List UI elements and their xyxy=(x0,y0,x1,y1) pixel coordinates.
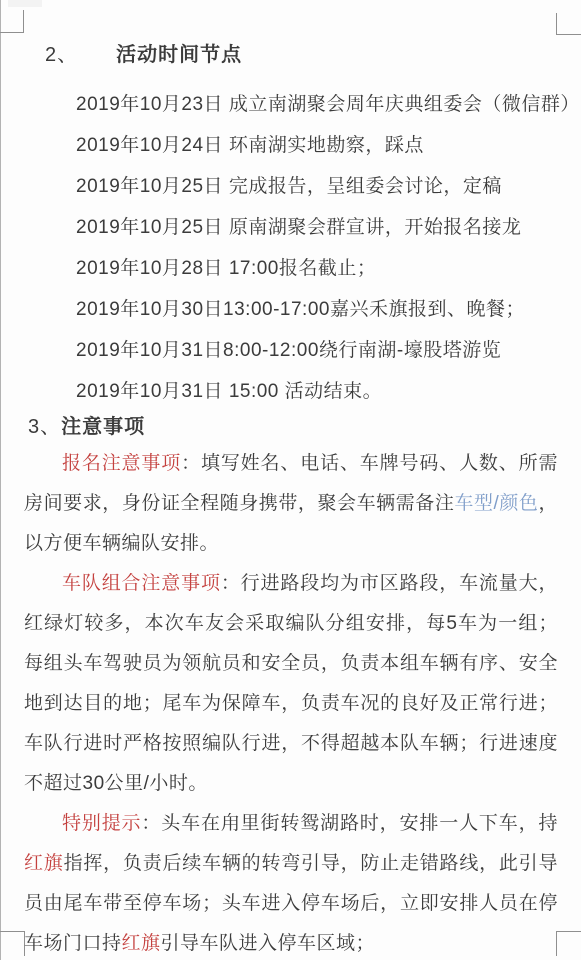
text-segment: ：头车在甪里街转鸳湖路时，安排一人下车，持 xyxy=(141,813,558,834)
scan-artifact xyxy=(8,0,42,7)
schedule-item: 2019年10月31日8:00-12:00绕行南湖-壕股塔游览 xyxy=(24,330,558,371)
document-content: 2、活动时间节点 2019年10月23日 成立南湖聚会周年庆典组委会（微信群）2… xyxy=(24,42,558,960)
schedule-item: 2019年10月28日 17:00报名截止； xyxy=(24,248,558,289)
notes-section-title: 注意事项 xyxy=(61,416,145,438)
schedule-item: 2019年10月24日 环南湖实地勘察，踩点 xyxy=(24,125,558,166)
notes-section-heading: 3、注意事项 xyxy=(24,414,558,440)
document-page: 2、活动时间节点 2019年10月23日 成立南湖聚会周年庆典组委会（微信群）2… xyxy=(0,0,581,960)
text-segment: 车队组合注意事项 xyxy=(62,573,221,594)
note-paragraph-special-tips: 特别提示：头车在甪里街转鸳湖路时，安排一人下车，持红旗指挥，负责后续车辆的转弯引… xyxy=(24,804,558,960)
text-segment: 车型/颜色 xyxy=(454,493,538,514)
text-boundary-mark-bottom-right xyxy=(556,931,581,956)
text-segment: 特别提示 xyxy=(62,813,141,834)
note-paragraph-convoy-notes: 车队组合注意事项：行进路段均为市区路段，车流量大，红绿灯较多，本次车友会采取编队… xyxy=(24,564,558,804)
text-boundary-mark-top-right xyxy=(556,13,581,35)
text-segment: 引导车队进入停车区域； xyxy=(161,933,376,954)
schedule-section-number: 2、 xyxy=(45,44,78,66)
text-segment: ：行进路段均为市区路段，车流量大，红绿灯较多，本次车友会采取编队分组安排，每5车… xyxy=(24,573,558,794)
notes-section-number: 3、 xyxy=(28,416,61,438)
text-boundary-mark-top-left xyxy=(0,10,24,33)
schedule-section-title: 活动时间节点 xyxy=(116,44,242,66)
schedule-item: 2019年10月25日 完成报告，呈组委会讨论，定稿 xyxy=(24,166,558,207)
text-boundary-mark-bottom-left xyxy=(0,931,25,956)
schedule-item: 2019年10月31日 15:00 活动结束。 xyxy=(24,371,558,412)
text-segment: 报名注意事项 xyxy=(62,453,181,474)
schedule-item: 2019年10月30日13:00-17:00嘉兴禾旗报到、晚餐； xyxy=(24,289,558,330)
schedule-item: 2019年10月23日 成立南湖聚会周年庆典组委会（微信群） xyxy=(24,84,558,125)
schedule-list: 2019年10月23日 成立南湖聚会周年庆典组委会（微信群）2019年10月24… xyxy=(24,84,558,412)
text-segment: 红旗 xyxy=(122,933,161,954)
schedule-section-heading: 2、活动时间节点 xyxy=(24,42,558,68)
left-edge-line xyxy=(0,0,1,960)
note-paragraph-signup-notes: 报名注意事项：填写姓名、电话、车牌号码、人数、所需房间要求，身份证全程随身携带，… xyxy=(24,444,558,564)
schedule-item: 2019年10月25日 原南湖聚会群宣讲，开始报名接龙 xyxy=(24,207,558,248)
text-segment: 红旗 xyxy=(24,853,64,874)
notes-list: 报名注意事项：填写姓名、电话、车牌号码、人数、所需房间要求，身份证全程随身携带，… xyxy=(24,444,558,960)
